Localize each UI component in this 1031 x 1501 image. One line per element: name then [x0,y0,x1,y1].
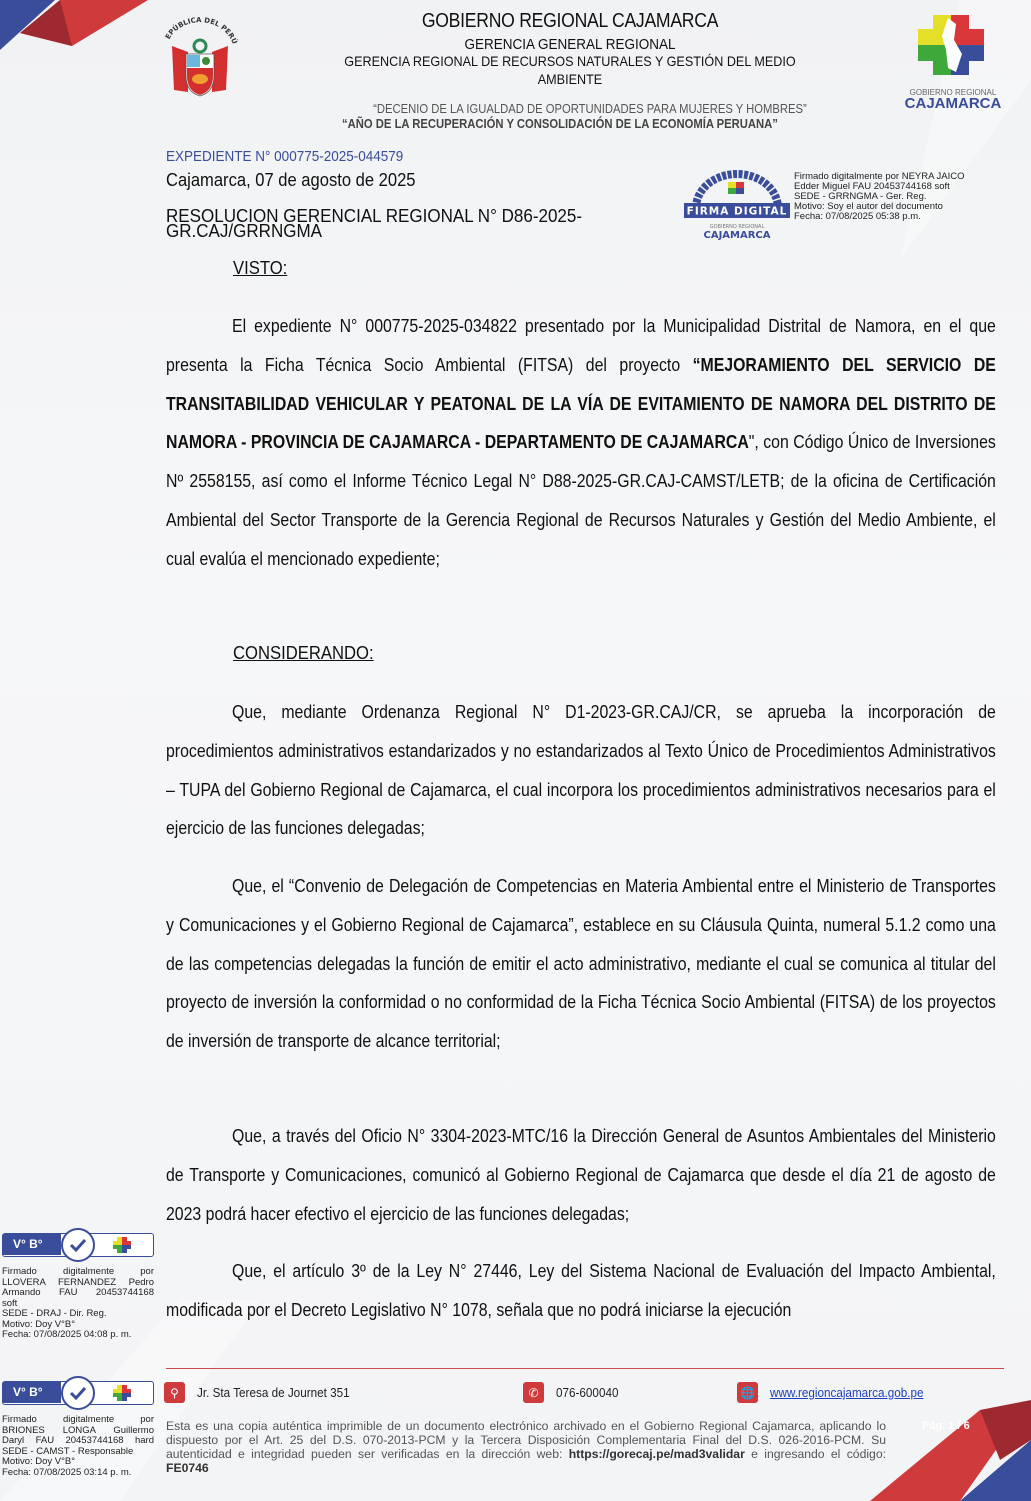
vobo-label: V° B° [3,1234,61,1255]
page-current: 1 [948,1420,954,1432]
phone-icon: ✆ [523,1382,544,1403]
peru-coat-of-arms-icon: REPÚBLICA DEL PERÚ [160,12,240,102]
paragraph-text: Que, a través del Oficio N° 3304-2023-MT… [166,1117,996,1233]
cajamarca-logo-icon: GOBIERNO REGIONAL CAJAMARCA [898,10,1008,105]
paragraph-text: Que, el artículo 3º de la Ley N° 27446, … [166,1252,996,1330]
location-pin-icon: ⚲ [164,1382,185,1403]
globe-icon: 🌐 [737,1382,758,1403]
footer-website: 🌐 www.regioncajamarca.gob.pe [737,1382,941,1403]
authenticity-disclaimer: Esta es una copia auténtica imprimible d… [166,1419,886,1475]
vobo-stamp-1: V° B° Firmado digitalmente por LLOVERA F… [2,1233,154,1341]
vobo-label: V° B° [3,1382,61,1403]
cajamarca-mini-logo-icon [113,1385,131,1401]
vobo-line: Armando FAU 20453744168 [2,1288,154,1299]
vobo-badge: V° B° [2,1233,154,1257]
website-link[interactable]: www.regioncajamarca.gob.pe [770,1385,923,1400]
vobo-badge: V° B° [2,1381,154,1405]
vobo-line: Fecha: 07/08/2025 03:14 p. m. [2,1468,154,1479]
vobo-line: Firmado digitalmente por [2,1415,154,1426]
considerando-paragraph-3: Que, a través del Oficio N° 3304-2023-MT… [166,1117,996,1233]
checkmark-icon [61,1376,95,1410]
page-number: Pág. 1 / 6 [922,1420,970,1432]
considerando-heading: CONSIDERANDO: [233,642,374,664]
document-date: Cajamarca, 07 de agosto de 2025 [166,170,415,191]
validation-code: FE0746 [166,1461,209,1475]
decenio-motto: “DECENIO DE LA IGUALDAD DE OPORTUNIDADES… [293,102,887,116]
paragraph-text: Que, mediante Ordenanza Regional N° D1-2… [166,693,996,848]
paragraph-text: Que, el “Convenio de Delegación de Compe… [166,867,996,1061]
svg-text:FIRMA DIGITAL: FIRMA DIGITAL [687,206,788,218]
phone-text: 076-600040 [556,1385,618,1400]
svg-text:CAJAMARCA: CAJAMARCA [703,230,770,241]
footer-address: ⚲ Jr. Sta Teresa de Journet 351 [164,1382,367,1403]
visto-paragraph: El expediente N° 000775-2025-034822 pres… [166,307,996,579]
resolucion-title: RESOLUCION GERENCIAL REGIONAL N° D86-202… [166,208,644,238]
vobo-line: Motivo: Doy V°B° [2,1457,154,1468]
vobo-details: Firmado digitalmente por LLOVERA FERNAND… [2,1267,154,1341]
vobo-line: Firmado digitalmente por [2,1267,154,1278]
header-subtitle-gerencia-general: GERENCIA GENERAL REGIONAL [327,36,813,53]
firma-digital-details: Firmado digitalmente por NEYRA JAICO Edd… [794,172,965,222]
expediente-number: EXPEDIENTE N° 000775-2025-044579 [166,148,403,165]
firma-line: Fecha: 07/08/2025 05:38 p.m. [794,212,965,222]
header-subtitle-gerencia-rrnn: GERENCIA REGIONAL DE RECURSOS NATURALES … [327,53,813,69]
address-text: Jr. Sta Teresa de Journet 351 [197,1385,350,1400]
page-label: Pág. [922,1420,945,1432]
vobo-line: Daryl FAU 20453744168 hard [2,1436,154,1447]
checkmark-icon [61,1228,95,1262]
footer-phone: ✆ 076-600040 [523,1382,625,1403]
visto-text-continued: ", con Código Único de Inversiones Nº 25… [166,432,996,568]
visto-heading: VISTO: [233,257,287,279]
cajamarca-mini-logo-icon [113,1237,131,1253]
header-title: GOBIERNO REGIONAL CAJAMARCA [332,10,807,33]
logo-cajamarca: CAJAMARCA [898,97,1008,111]
vobo-line: Fecha: 07/08/2025 04:08 p. m. [2,1330,154,1341]
anio-motto: “AÑO DE LA RECUPERACIÓN Y CONSOLIDACIÓN … [272,117,848,131]
considerando-paragraph-2: Que, el “Convenio de Delegación de Compe… [166,867,996,1061]
firma-digital-badge: FIRMA DIGITAL GOBIERNO REGIONAL CAJAMARC… [682,170,792,244]
considerando-paragraph-1: Que, mediante Ordenanza Regional N° D1-2… [166,693,996,848]
vobo-details: Firmado digitalmente por BRIONES LONGA G… [2,1415,154,1478]
validation-url[interactable]: https://gorecaj.pe/mad3validar [569,1447,745,1461]
footer-divider [166,1368,1004,1369]
page-total: 6 [964,1420,970,1432]
vobo-line: SEDE - DRAJ - Dir. Reg. [2,1309,154,1320]
header-subtitle-ambiente: AMBIENTE [327,71,813,87]
vobo-stamp-2: V° B° Firmado digitalmente por BRIONES L… [2,1381,154,1478]
disclaimer-text-continued: e ingresando el código: [745,1447,886,1461]
considerando-paragraph-4: Que, el artículo 3º de la Ley N° 27446, … [166,1252,996,1330]
